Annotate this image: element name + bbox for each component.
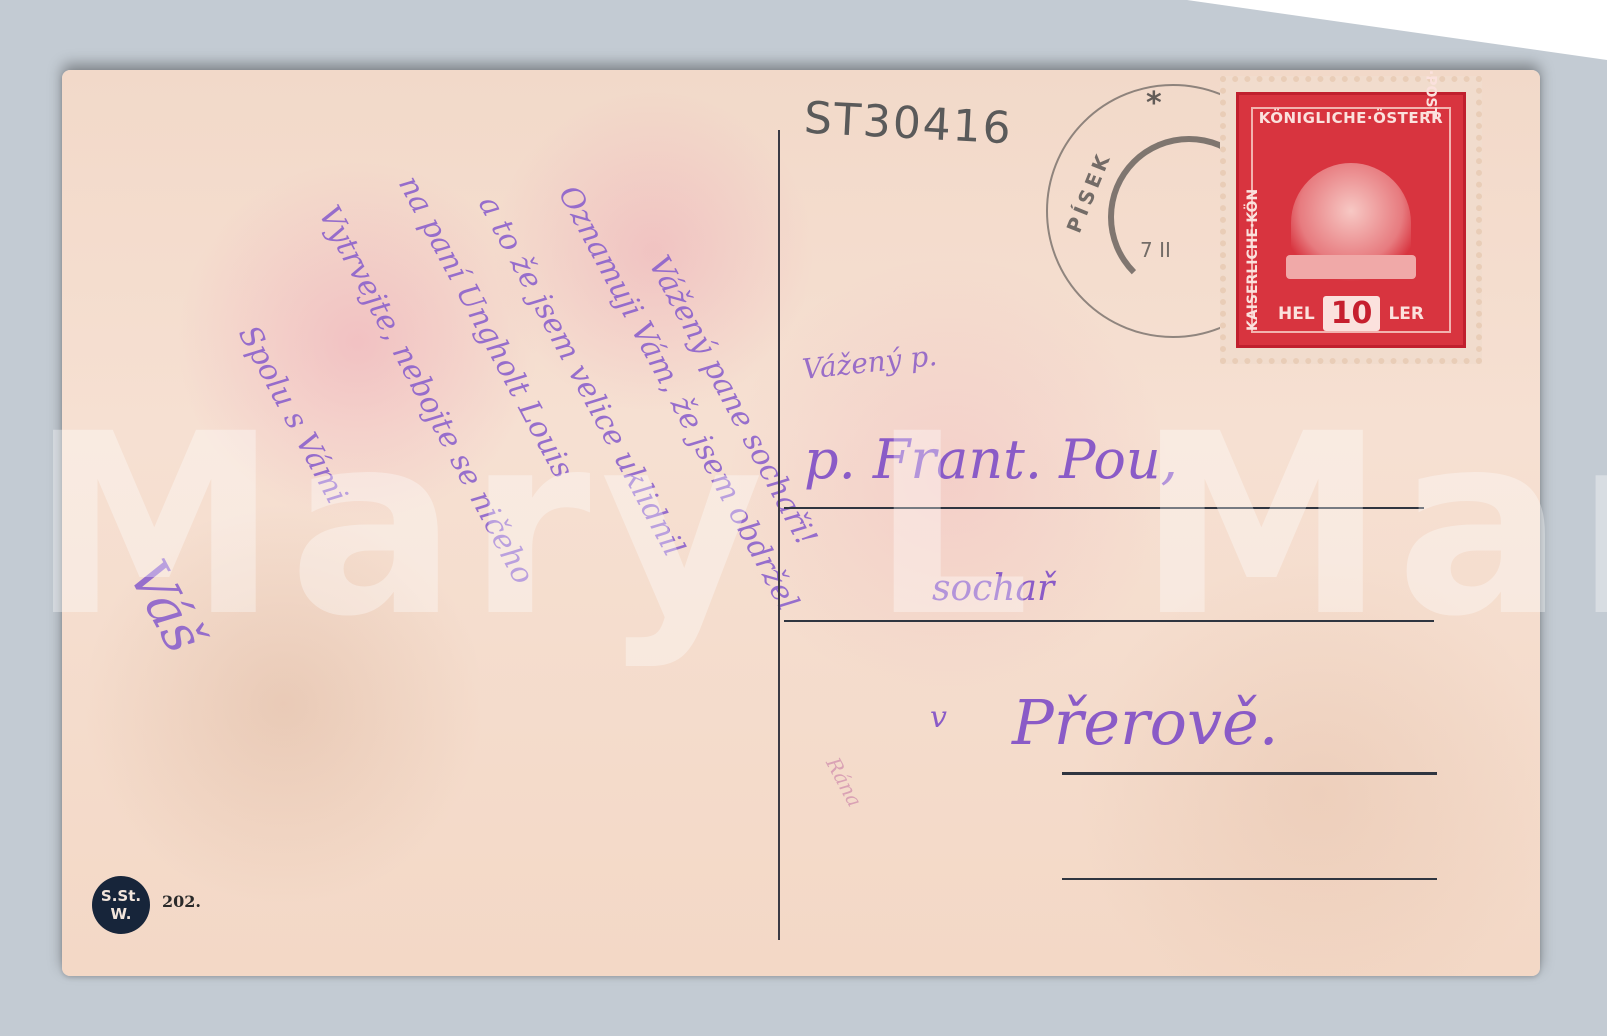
publisher-number: 202.: [162, 892, 201, 911]
stamp-value-left: HEL: [1278, 304, 1315, 324]
inventory-code: ST30416: [803, 93, 1014, 155]
address-occupation: sochař: [932, 568, 1054, 609]
postcard: Vážený pane sochaři! Oznamuji Vám, že js…: [62, 70, 1540, 976]
address-name: p. Frant. Pou,: [804, 428, 1178, 491]
address-city-prefix: v: [930, 700, 947, 735]
message-signature: Váš: [116, 550, 216, 663]
stamp-value-right: LER: [1388, 304, 1424, 324]
stamp-value-row: HEL 10 LER: [1239, 296, 1463, 331]
address-line-3: [1062, 772, 1437, 775]
address-salutation: Vážený p.: [801, 339, 939, 386]
publisher-logo-line1: S.St.: [92, 887, 150, 905]
publisher-logo: S.St. W.: [92, 876, 150, 934]
center-divider: [778, 130, 780, 940]
publisher-logo-line2: W.: [92, 905, 150, 923]
address-city: Přerově.: [1012, 686, 1278, 759]
address-line-2: [784, 620, 1434, 622]
address-note: Rána: [821, 753, 867, 810]
handwritten-message: Vážený pane sochaři! Oznamuji Vám, že js…: [132, 120, 752, 840]
address-line-1: [784, 507, 1424, 509]
postmark-star-icon: *: [1146, 86, 1162, 121]
stamp-value: 10: [1323, 296, 1381, 331]
address-line-4: [1062, 878, 1437, 880]
message-line: Spolu s Vámi: [231, 320, 354, 510]
postmark-date: 7 II: [1140, 238, 1171, 262]
scan-corner-cut: [1187, 0, 1607, 60]
stamp-face: KÖNIGLICHE·ÖSTERR KAISERLICHE·KÖN REICHI…: [1236, 92, 1466, 348]
stamp-right-text: REICHISCHE·POST: [1423, 70, 1439, 117]
postage-stamp: KÖNIGLICHE·ÖSTERR KAISERLICHE·KÖN REICHI…: [1220, 76, 1482, 364]
crown-base-icon: [1286, 255, 1416, 279]
